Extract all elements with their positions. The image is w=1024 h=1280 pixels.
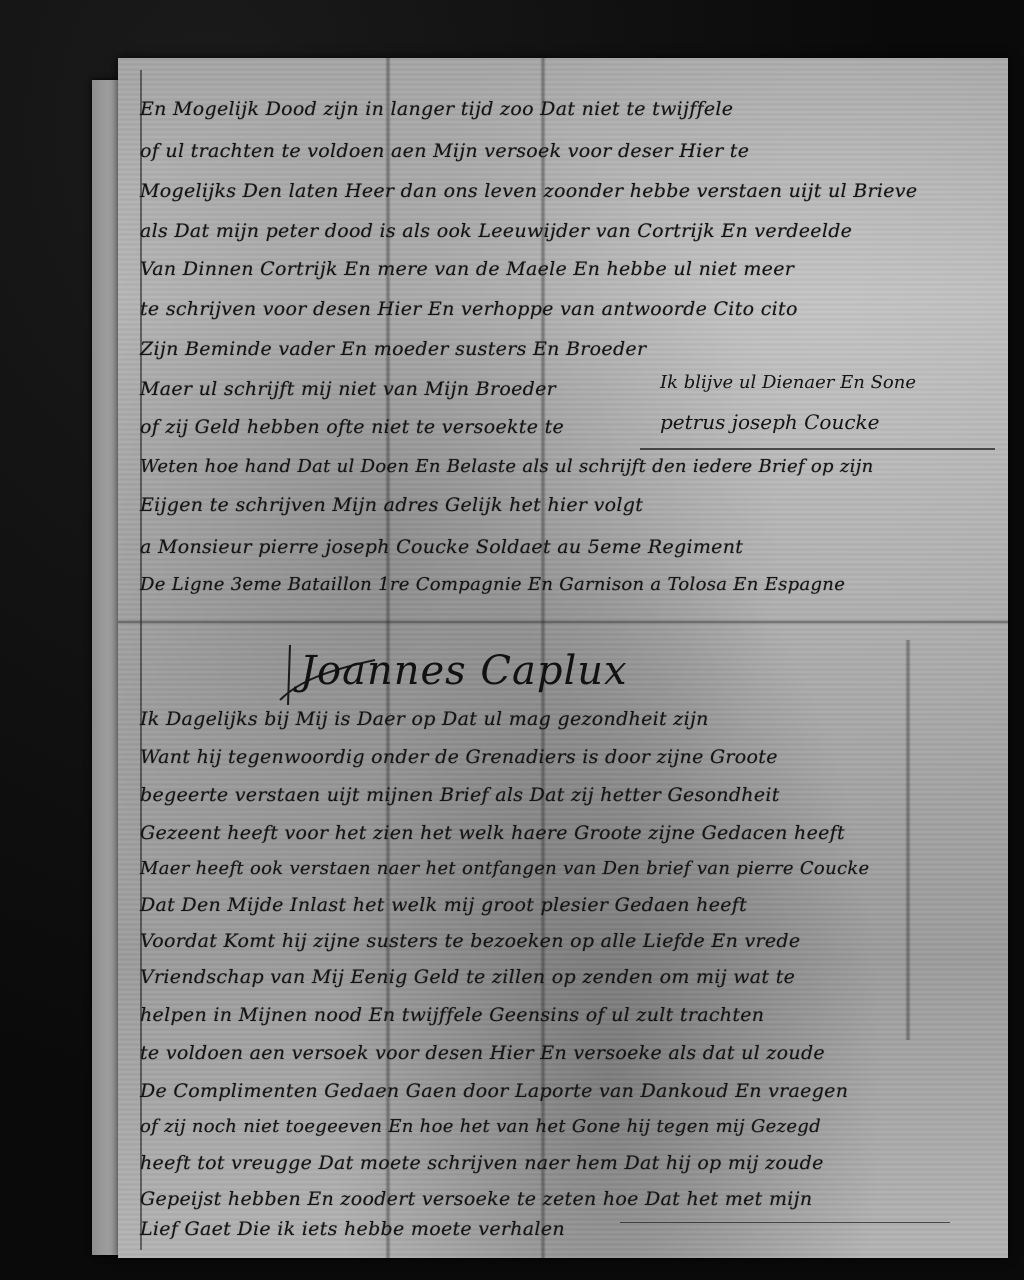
handwritten-line: of ul trachten te voldoen aen Mijn verso… [140,140,749,162]
handwritten-line: Gezeent heeft voor het zien het welk hae… [140,822,845,844]
underline-rule [640,448,995,450]
horizontal-fold-crease [118,620,1008,624]
sender-name: petrus joseph Coucke [660,410,880,434]
handwritten-line: Dat Den Mijde Inlast het welk mij groot … [140,894,747,916]
vertical-fold-crease [905,640,911,1040]
handwritten-line: of zij noch niet toegeeven En hoe het va… [140,1116,821,1137]
signature: Joannes Caplux [300,648,628,694]
handwritten-line: Van Dinnen Cortrijk En mere van de Maele… [140,258,794,280]
handwritten-line: Want hij tegenwoordig onder de Grenadier… [140,746,778,768]
handwritten-line: begeerte verstaen uijt mijnen Brief als … [140,784,780,806]
handwritten-line: Vriendschap van Mij Eenig Geld te zillen… [140,966,795,988]
handwritten-line: Maer ul schrijft mij niet van Mijn Broed… [140,378,556,400]
handwritten-line: Zijn Beminde vader En moeder susters En … [140,338,646,360]
handwritten-line: helpen in Mijnen nood En twijffele Geens… [140,1004,764,1026]
left-margin-line [140,70,142,1250]
handwritten-line: Ik Dagelijks bij Mij is Daer op Dat ul m… [140,708,709,730]
handwritten-line: Maer heeft ook verstaen naer het ontfang… [140,858,870,879]
handwritten-line: of zij Geld hebben ofte niet te versoekt… [140,416,564,438]
handwritten-line: Mogelijks Den laten Heer dan ons leven z… [140,180,917,202]
handwritten-line: te schrijven voor desen Hier En verhoppe… [140,298,798,320]
closing-salutation: Ik blijve ul Dienaer En Sone [660,372,916,393]
handwritten-line: Weten hoe hand Dat ul Doen En Belaste al… [140,456,874,477]
handwritten-line: als Dat mijn peter dood is als ook Leeuw… [140,220,852,242]
address-line: De Ligne 3eme Bataillon 1re Compagnie En… [140,574,845,595]
address-line: a Monsieur pierre joseph Coucke Soldaet … [140,536,743,558]
handwritten-line: Voordat Komt hij zijne susters te bezoek… [140,930,800,952]
handwritten-line: Lief Gaet Die ik iets hebbe moete verhal… [140,1218,565,1240]
handwritten-line: De Complimenten Gedaen Gaen door Laporte… [140,1080,848,1102]
handwritten-line: Gepeijst hebben En zoodert versoeke te z… [140,1188,812,1210]
handwritten-line: En Mogelijk Dood zijn in langer tijd zoo… [140,98,733,120]
handwritten-line: heeft tot vreugge Dat moete schrijven na… [140,1152,824,1174]
handwritten-line: te voldoen aen versoek voor desen Hier E… [140,1042,825,1064]
end-flourish-line [620,1222,950,1223]
handwritten-line: Eijgen te schrijven Mijn adres Gelijk he… [140,494,643,516]
